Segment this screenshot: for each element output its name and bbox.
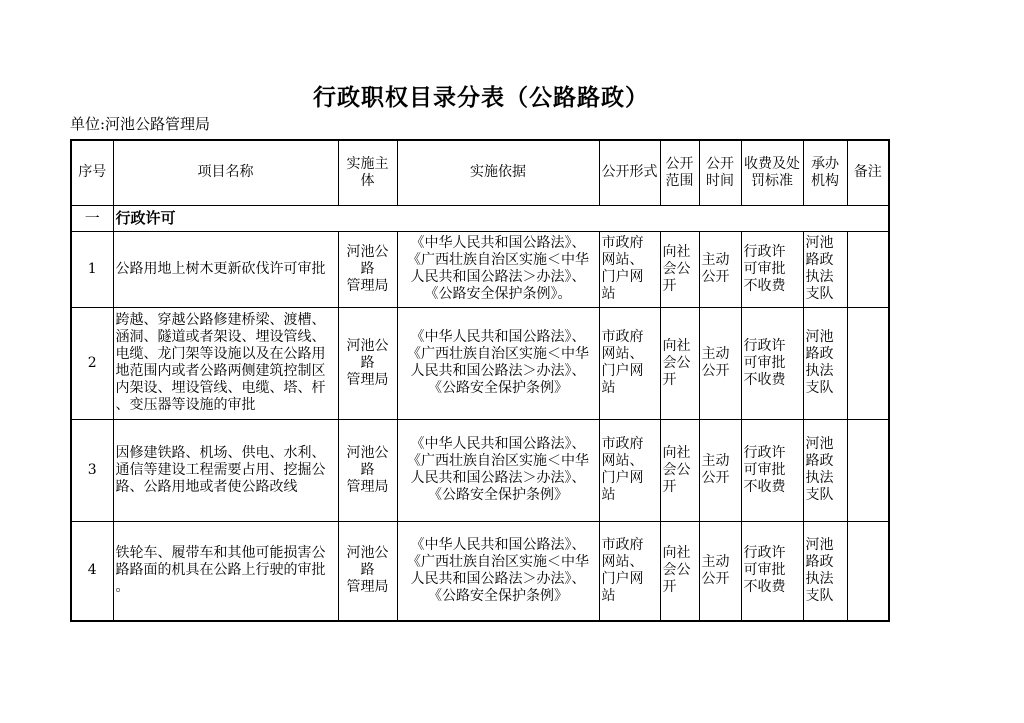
row1-form: 市政府 网站、 门户网 站 [599, 231, 660, 307]
row1-basis: 《中华人民共和国公路法》、 《广西壮族自治区实施＜中华 人民共和国公路法＞办法》… [397, 231, 599, 307]
table-row-3: 3 因修建铁路、机场、供电、水利、 通信等建设工程需要占用、挖掘公 路、公路用地… [71, 419, 889, 521]
row1-agency: 河池 路政 执法 支队 [803, 231, 847, 307]
row1-subject: 河池公路 管理局 [338, 231, 397, 307]
section-title: 行政许可 [113, 205, 889, 231]
row3-seq: 3 [71, 419, 113, 521]
row1-scope: 向社 会公 开 [660, 231, 699, 307]
row4-name: 铁轮车、履带车和其他可能损害公 路路面的机具在公路上行驶的审批 。 [113, 521, 338, 621]
section-seq: 一 [71, 205, 113, 231]
row3-subject: 河池公路 管理局 [338, 419, 397, 521]
col-header-agency: 承办 机构 [803, 140, 847, 205]
row2-agency: 河池 路政 执法 支队 [803, 307, 847, 419]
row4-scope: 向社 会公 开 [660, 521, 699, 621]
row2-subject: 河池公路 管理局 [338, 307, 397, 419]
row3-basis: 《中华人民共和国公路法》、 《广西壮族自治区实施＜中华 人民共和国公路法＞办法》… [397, 419, 599, 521]
row1-name: 公路用地上树木更新砍伐许可审批 [113, 231, 338, 307]
table-row-1: 1 公路用地上树木更新砍伐许可审批 河池公路 管理局 《中华人民共和国公路法》、… [71, 231, 889, 307]
section-row: 一 行政许可 [71, 205, 889, 231]
table-row-2: 2 跨越、穿越公路修建桥梁、渡槽、 涵洞、隧道或者架设、埋设管线、 电缆、龙门架… [71, 307, 889, 419]
row2-basis: 《中华人民共和国公路法》、 《广西壮族自治区实施＜中华 人民共和国公路法＞办法》… [397, 307, 599, 419]
col-header-remark: 备注 [847, 140, 889, 205]
document-page: 行政职权目录分表（公路路政） 单位:河池公路管理局 序号 项目名称 实施主体 实… [70, 0, 892, 622]
authority-table: 序号 项目名称 实施主体 实施依据 公开形式 公开 范围 公开 时间 收费及处 … [70, 139, 890, 622]
col-header-subject: 实施主体 [338, 140, 397, 205]
table-row-4: 4 铁轮车、履带车和其他可能损害公 路路面的机具在公路上行驶的审批 。 河池公路… [71, 521, 889, 621]
col-header-scope: 公开 范围 [660, 140, 699, 205]
row3-remark [847, 419, 889, 521]
row4-subject: 河池公路 管理局 [338, 521, 397, 621]
row4-time: 主动 公开 [699, 521, 741, 621]
row1-time: 主动 公开 [699, 231, 741, 307]
col-header-fee: 收费及处 罚标准 [741, 140, 803, 205]
row4-seq: 4 [71, 521, 113, 621]
row1-seq: 1 [71, 231, 113, 307]
row2-fee: 行政许 可审批 不收费 [741, 307, 803, 419]
row4-fee: 行政许 可审批 不收费 [741, 521, 803, 621]
row1-remark [847, 231, 889, 307]
row4-remark [847, 521, 889, 621]
row2-seq: 2 [71, 307, 113, 419]
unit-label: 单位:河池公路管理局 [70, 115, 892, 133]
row3-name: 因修建铁路、机场、供电、水利、 通信等建设工程需要占用、挖掘公 路、公路用地或者… [113, 419, 338, 521]
row2-time: 主动 公开 [699, 307, 741, 419]
row2-scope: 向社 会公 开 [660, 307, 699, 419]
row4-form: 市政府 网站、 门户网 站 [599, 521, 660, 621]
header-row: 序号 项目名称 实施主体 实施依据 公开形式 公开 范围 公开 时间 收费及处 … [71, 140, 889, 205]
row3-time: 主动 公开 [699, 419, 741, 521]
row3-scope: 向社 会公 开 [660, 419, 699, 521]
row3-form: 市政府 网站、 门户网 站 [599, 419, 660, 521]
col-header-seq: 序号 [71, 140, 113, 205]
row2-name: 跨越、穿越公路修建桥梁、渡槽、 涵洞、隧道或者架设、埋设管线、 电缆、龙门架等设… [113, 307, 338, 419]
row4-basis: 《中华人民共和国公路法》、 《广西壮族自治区实施＜中华 人民共和国公路法＞办法》… [397, 521, 599, 621]
col-header-form: 公开形式 [599, 140, 660, 205]
col-header-time: 公开 时间 [699, 140, 741, 205]
col-header-name: 项目名称 [113, 140, 338, 205]
row3-agency: 河池 路政 执法 支队 [803, 419, 847, 521]
row2-remark [847, 307, 889, 419]
page-title: 行政职权目录分表（公路路政） [70, 84, 892, 112]
row4-agency: 河池 路政 执法 支队 [803, 521, 847, 621]
col-header-basis: 实施依据 [397, 140, 599, 205]
row1-fee: 行政许 可审批 不收费 [741, 231, 803, 307]
row2-form: 市政府 网站、 门户网 站 [599, 307, 660, 419]
row3-fee: 行政许 可审批 不收费 [741, 419, 803, 521]
